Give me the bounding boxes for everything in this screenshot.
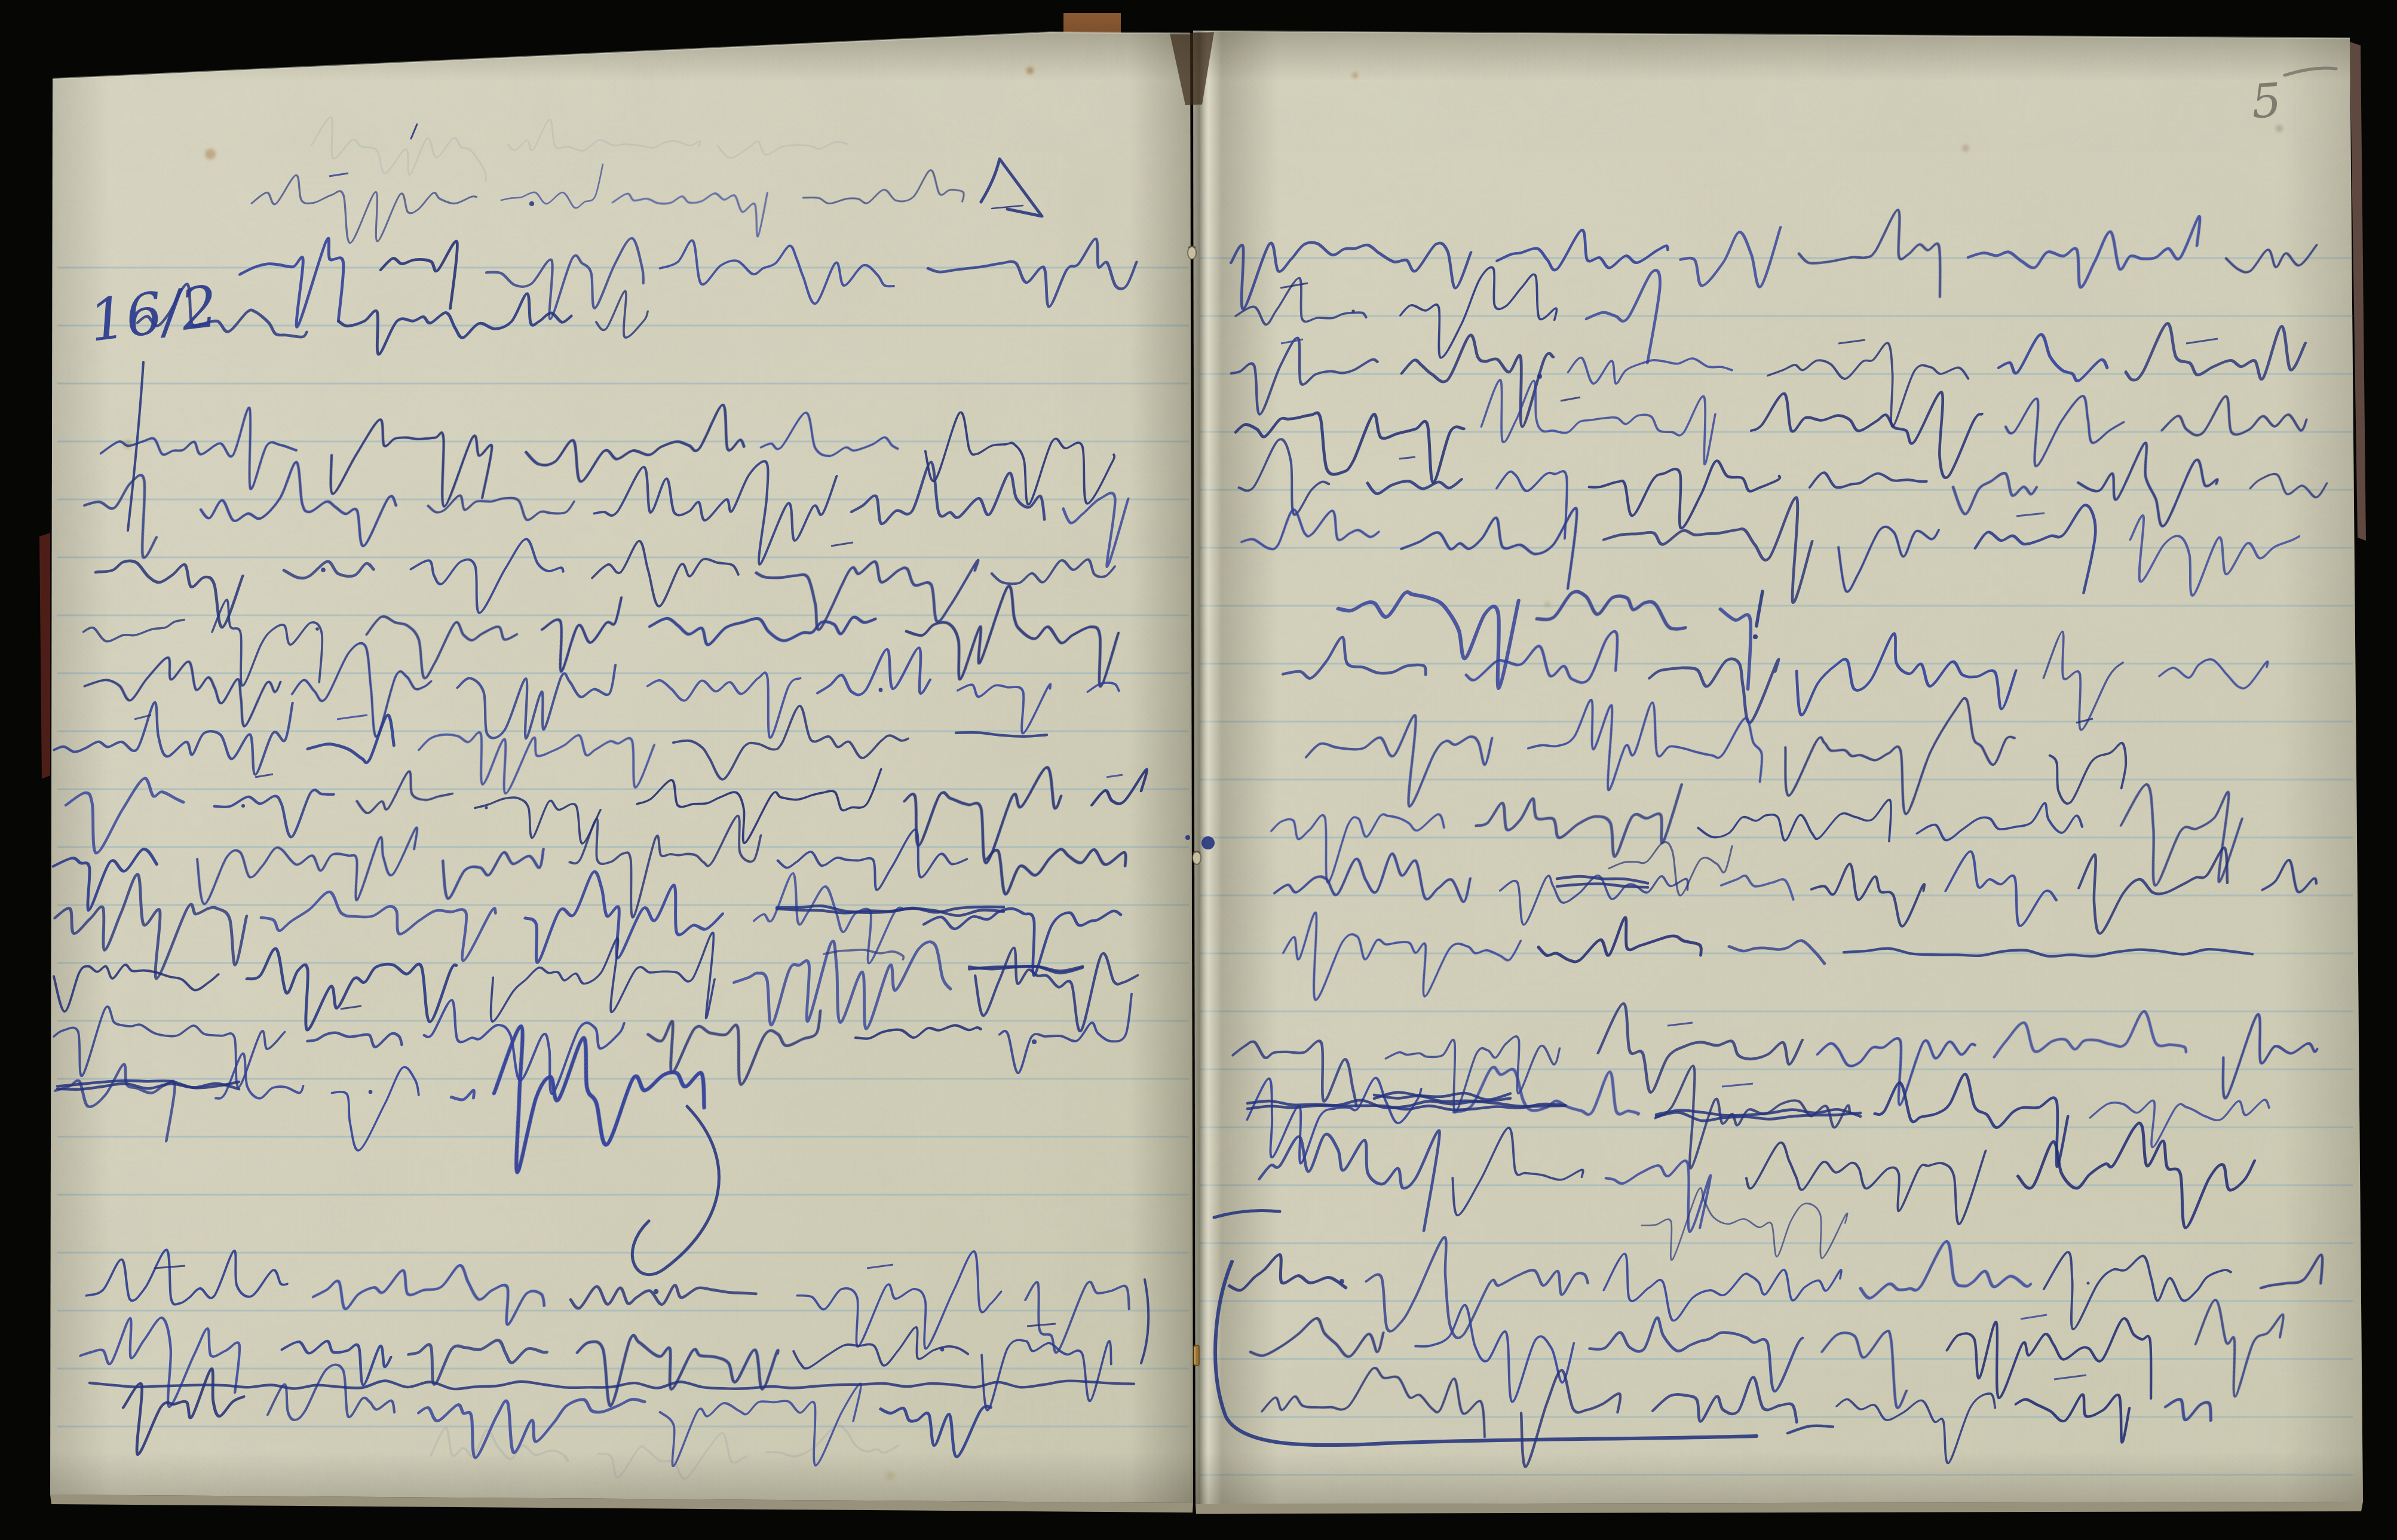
page-number: 5 xyxy=(2250,73,2283,129)
left-edge-shadow xyxy=(50,72,110,1499)
gutter-fold-shadow xyxy=(1129,27,1279,1508)
ruled-lines-left xyxy=(57,268,1189,1427)
scan-stage: 16/2 5 xyxy=(0,0,2397,1540)
right-edge-shadow xyxy=(2282,36,2364,1505)
notebook-scan: 16/2 5 xyxy=(0,0,2397,1540)
